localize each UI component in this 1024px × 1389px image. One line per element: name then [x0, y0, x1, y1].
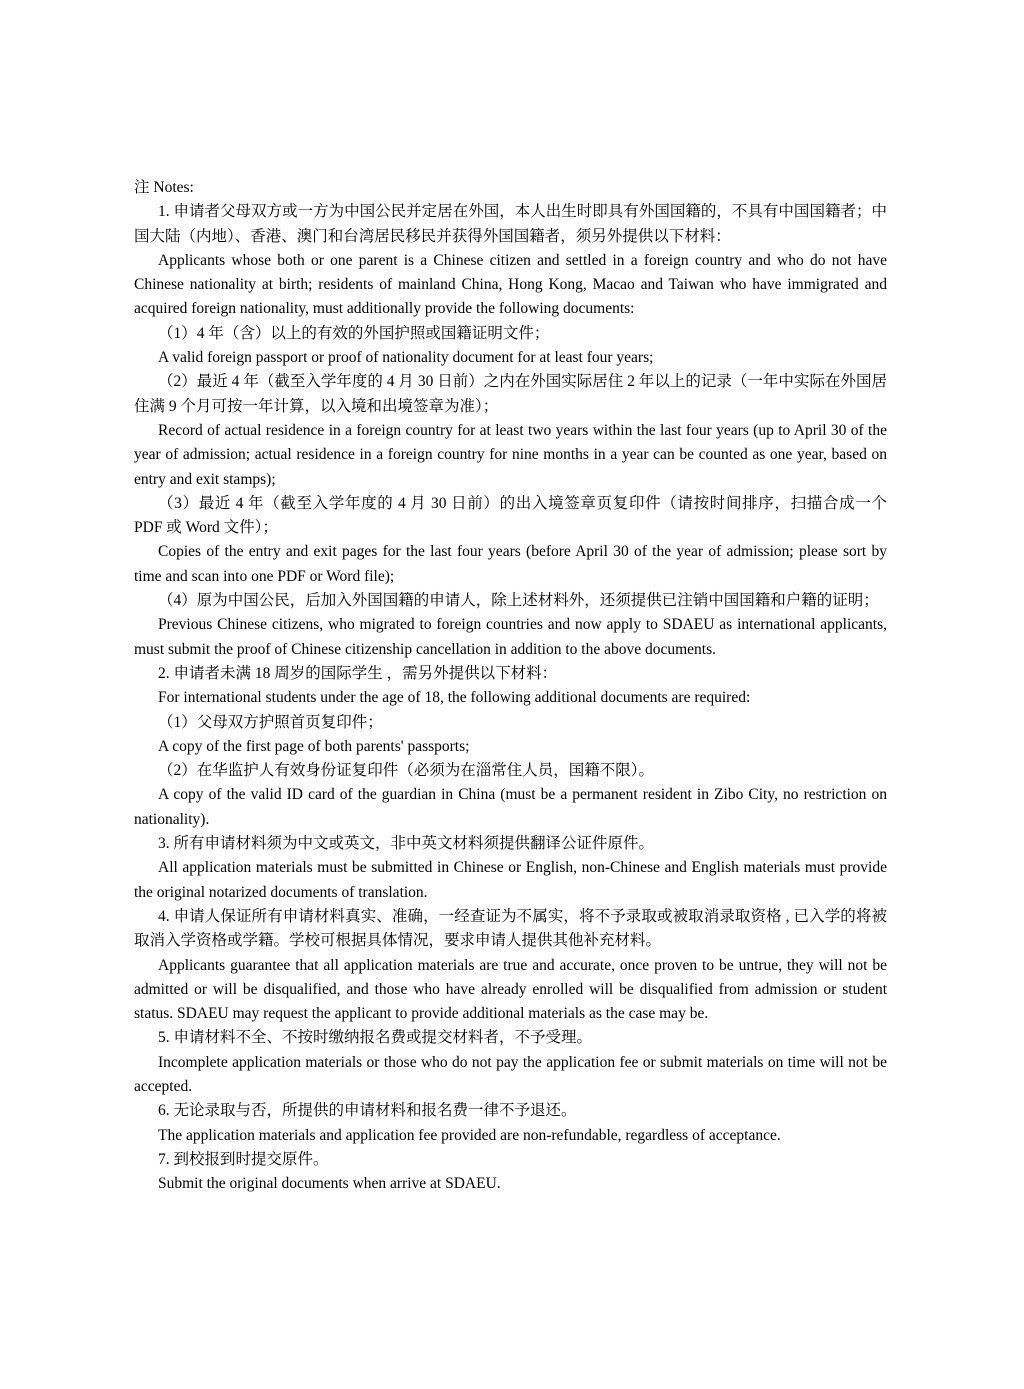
- note-2-zh: 2. 申请者未满 18 周岁的国际学生 ，需另外提供以下材料：: [134, 662, 887, 686]
- note-6-en: The application materials and applicatio…: [134, 1124, 887, 1148]
- note-2-item-1-en: A copy of the first page of both parents…: [134, 735, 887, 759]
- note-1-item-2-zh: （2）最近 4 年（截至入学年度的 4 月 30 日前）之内在外国实际居住 2 …: [134, 370, 887, 419]
- note-1-item-4-zh: （4）原为中国公民，后加入外国国籍的申请人，除上述材料外，还须提供已注销中国国籍…: [134, 589, 887, 613]
- note-3-en: All application materials must be submit…: [134, 856, 887, 905]
- note-1-item-1-zh: （1）4 年（含）以上的有效的外国护照或国籍证明文件；: [134, 322, 887, 346]
- note-1-item-3-zh: （3）最近 4 年（截至入学年度的 4 月 30 日前）的出入境签章页复印件（请…: [134, 492, 887, 541]
- note-4-en: Applicants guarantee that all applicatio…: [134, 954, 887, 1027]
- note-1-item-4-en: Previous Chinese citizens, who migrated …: [134, 613, 887, 662]
- note-6-zh: 6. 无论录取与否，所提供的申请材料和报名费一律不予退还。: [134, 1099, 887, 1123]
- note-5-en: Incomplete application materials or thos…: [134, 1051, 887, 1100]
- note-1-item-1-en: A valid foreign passport or proof of nat…: [134, 346, 887, 370]
- note-1-item-3-en: Copies of the entry and exit pages for t…: [134, 540, 887, 589]
- note-7-zh: 7. 到校报到时提交原件。: [134, 1148, 887, 1172]
- note-2-item-2-en: A copy of the valid ID card of the guard…: [134, 783, 887, 832]
- note-4-zh: 4. 申请人保证所有申请材料真实、准确，一经查证为不属实，将不予录取或被取消录取…: [134, 905, 887, 954]
- notes-heading: 注 Notes:: [134, 176, 887, 200]
- notes-section: 注 Notes: 1. 申请者父母双方或一方为中国公民并定居在外国，本人出生时即…: [134, 176, 887, 1196]
- note-1-en: Applicants whose both or one parent is a…: [134, 249, 887, 322]
- note-1-zh: 1. 申请者父母双方或一方为中国公民并定居在外国，本人出生时即具有外国国籍的，不…: [134, 200, 887, 249]
- note-2-en: For international students under the age…: [134, 686, 887, 710]
- document-page: 注 Notes: 1. 申请者父母双方或一方为中国公民并定居在外国，本人出生时即…: [0, 0, 1024, 1389]
- note-2-item-1-zh: （1）父母双方护照首页复印件；: [134, 711, 887, 735]
- note-7-en: Submit the original documents when arriv…: [134, 1172, 887, 1196]
- note-2-item-2-zh: （2）在华监护人有效身份证复印件（必须为在淄常住人员，国籍不限）。: [134, 759, 887, 783]
- note-3-zh: 3. 所有申请材料须为中文或英文，非中英文材料须提供翻译公证件原件。: [134, 832, 887, 856]
- note-1-item-2-en: Record of actual residence in a foreign …: [134, 419, 887, 492]
- note-5-zh: 5. 申请材料不全、不按时缴纳报名费或提交材料者，不予受理。: [134, 1026, 887, 1050]
